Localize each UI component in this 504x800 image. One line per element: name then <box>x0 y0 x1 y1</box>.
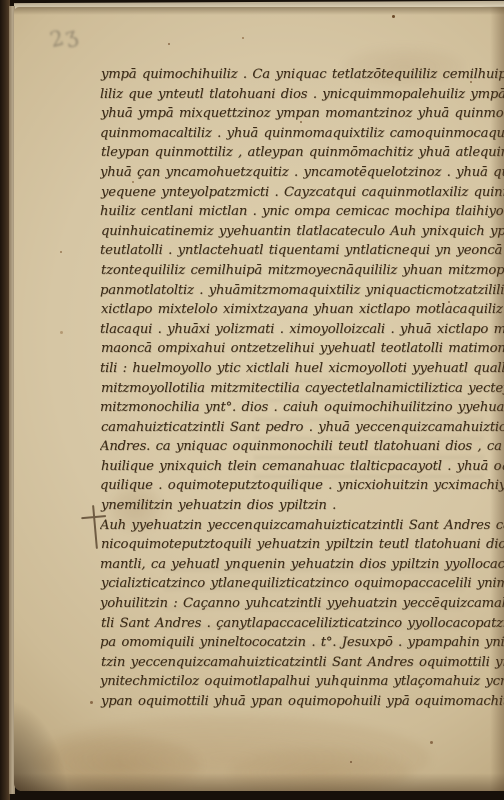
speckle-dot <box>470 81 472 83</box>
text-line: ypan oquimottili yhuā ypan oquimopohuili… <box>101 692 504 712</box>
text-line: quinmomacaltiliz . yhuā quinmomaquixtili… <box>100 124 504 144</box>
speckle-dot <box>300 601 302 603</box>
text-line: liliz que ynteutl tlatohuani dios . ynic… <box>100 85 504 105</box>
speckle-dot <box>480 561 482 563</box>
text-line: mitzmoyollotilia mitzmitectilia cayectet… <box>101 379 504 399</box>
page-corner-shadow <box>14 697 70 791</box>
text-line: tleypan quinmottiliz , atleypan quinmōma… <box>101 143 504 163</box>
speckle-dot <box>300 121 302 123</box>
text-line: yohuilitzin : Caçanno yuhcatzintli yyehu… <box>100 594 504 614</box>
text-line: quilique . oquimoteputztoquilique . ynic… <box>100 476 504 496</box>
speckle-dot <box>350 761 352 763</box>
page-top-shadow <box>14 7 504 15</box>
text-line: tzin yeccenquizcamahuizticatzintli Sant … <box>101 653 504 673</box>
text-line: ympā quimochihuiliz . Ca yniquac tetlatz… <box>101 65 504 85</box>
text-line: quinhuicatinemiz yyehuantin tlatlacatecu… <box>101 222 504 242</box>
text-line: yhuā ympā mixquettzinoz ympan momantzino… <box>101 104 504 124</box>
text-line: pa omomiquili ynineltococatzin . t°. Jes… <box>100 633 504 653</box>
speckle-dot <box>392 15 395 18</box>
faint-folio-mark: 2ʒ <box>48 22 82 52</box>
text-line: maoncā ompixahui ontzetzelihui yyehuatl … <box>101 339 504 359</box>
manuscript-page: 2ʒ ympā quimochihuiliz . Ca yniquac tetl… <box>14 7 504 791</box>
text-line: mantli, ca yehuatl ynquenin yehuatzin di… <box>100 555 504 575</box>
text-line: mitzmonochilia ynt°. dios . caiuh oquimo… <box>100 398 504 418</box>
speckle-dot <box>90 701 93 704</box>
speckle-dot <box>132 181 134 183</box>
text-line: tli Sant Andres . çanytlapaccaceliliztic… <box>101 614 504 634</box>
handwritten-text-block: ympā quimochihuiliz . Ca yniquac tetlatz… <box>100 65 504 725</box>
speckle-dot <box>130 621 132 623</box>
speckle-dot <box>60 331 63 334</box>
text-line: xictlapo mixtelolo ximixtzayana yhuan xi… <box>101 300 504 320</box>
speckle-dot <box>242 37 244 39</box>
text-line: huilique ynixquich tlein cemanahuac tlal… <box>101 457 504 477</box>
text-line: ynemilitzin yehuatzin dios ypiltzin . <box>101 496 504 516</box>
text-line: nicoquimoteputztoquili yehuatzin ypiltzi… <box>101 535 504 555</box>
text-line: tlacaqui . yhuāxi yolizmati . ximoyolloi… <box>100 320 504 340</box>
text-line: teutlatolli . yntlactehuatl tiquentami y… <box>100 241 504 261</box>
page-right-shadow <box>490 7 504 791</box>
speckle-dot <box>60 251 62 253</box>
text-line: ycializticatzinco ytlanequilizticatzinco… <box>101 574 504 594</box>
speckle-dot <box>430 741 433 744</box>
cross-vertical-bar <box>92 505 98 549</box>
text-line: tzontequililiz cemilhuipā mitzmoyecnāqui… <box>101 261 504 281</box>
text-line: tili : huelmoyollo ytic xictlali huel xi… <box>100 359 504 379</box>
speckle-dot <box>168 43 170 45</box>
page-bottom-shadow <box>14 773 504 791</box>
text-line: panmotlatoltiz . yhuāmitzmomaquixtiliz y… <box>100 281 504 301</box>
text-line: Auh yyehuatzin yeccenquizcamahuizticatzi… <box>100 516 504 536</box>
speckle-dot <box>448 301 450 303</box>
text-line: ynitechmictiloz oquimotlapalhui yuhquinm… <box>100 672 504 692</box>
text-line: yequene ynteyolpatzmicti . Cayzcatqui ca… <box>101 183 504 203</box>
text-line: huiliz centlani mictlan . ynic ompa cemi… <box>100 202 504 222</box>
text-line: camahuizticatzintli Sant pedro . yhuā ye… <box>101 418 504 438</box>
manuscript-photo: 2ʒ ympā quimochihuiliz . Ca yniquac tetl… <box>0 0 504 800</box>
text-line: Andres. ca yniquac oquinmonochili teutl … <box>100 437 504 457</box>
text-line: yhuā çan yncamohuetzquitiz . yncamotēque… <box>100 163 504 183</box>
